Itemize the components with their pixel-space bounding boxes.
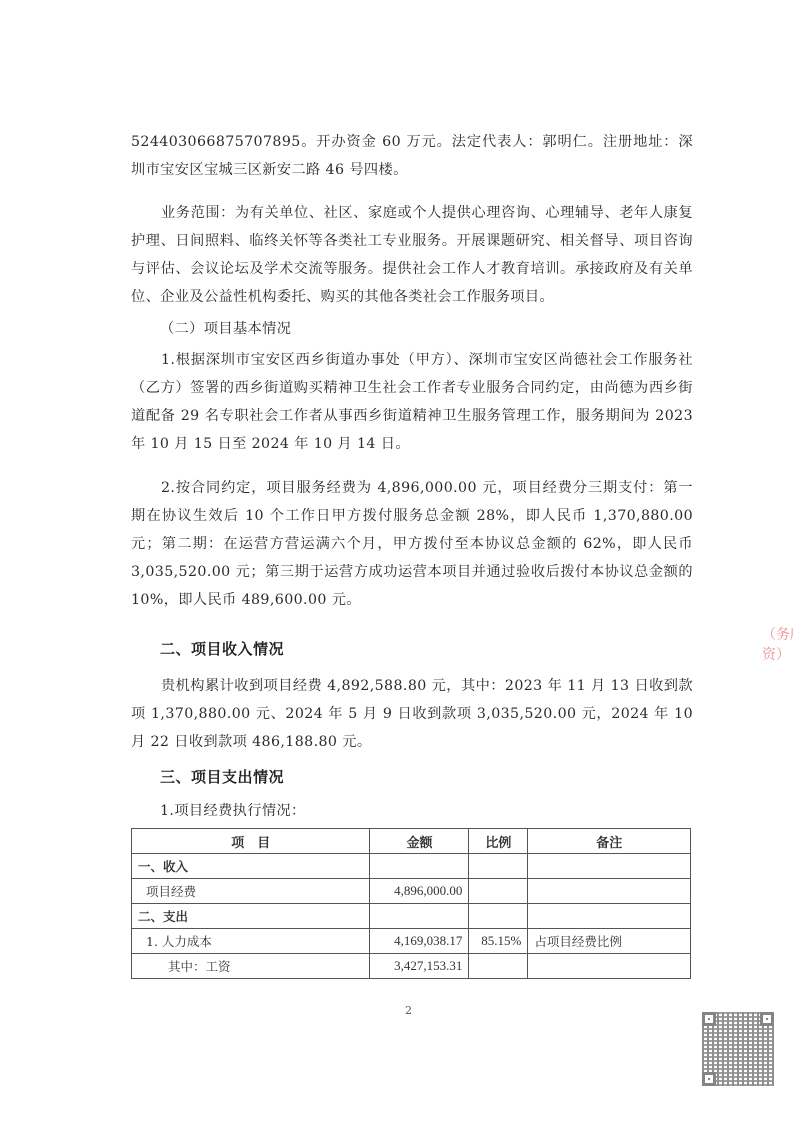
contract-paragraph: 1.根据深圳市宝安区西乡街道办事处（甲方）、深圳市宝安区尚德社会工作服务社（乙方…: [131, 346, 693, 458]
row-item: 二、支出: [132, 904, 370, 929]
table-row: 1. 人力成本 4,169,038.17 85.15% 占项目经费比例: [132, 929, 691, 954]
expenditure-heading: 三、项目支出情况: [160, 766, 284, 787]
row-item: 1. 人力成本: [132, 929, 370, 954]
table-header-row: 项 目 金额 比例 备注: [132, 829, 691, 854]
seal-stamp-fragment: （务所 资）: [762, 625, 793, 680]
row-ratio: [469, 904, 528, 929]
row-note: [528, 879, 691, 904]
page-number: 2: [405, 1004, 412, 1017]
header-ratio: 比例: [469, 829, 528, 854]
table-row: 项目经费 4,896,000.00: [132, 879, 691, 904]
row-item: 其中：工资: [132, 954, 370, 979]
row-amount: 4,896,000.00: [370, 879, 469, 904]
row-note: [528, 904, 691, 929]
row-note: [528, 854, 691, 879]
row-ratio: 85.15%: [469, 929, 528, 954]
qr-finder-icon: [702, 1012, 716, 1026]
row-amount: [370, 904, 469, 929]
table-row: 一、收入: [132, 854, 691, 879]
row-ratio: [469, 879, 528, 904]
qr-finder-icon: [760, 1012, 774, 1026]
row-amount: [370, 854, 469, 879]
row-note: 占项目经费比例: [528, 929, 691, 954]
qr-code-icon: [702, 1012, 774, 1086]
header-note: 备注: [528, 829, 691, 854]
header-amount: 金额: [370, 829, 469, 854]
table-row: 其中：工资 3,427,153.31: [132, 954, 691, 979]
income-paragraph: 贵机构累计收到项目经费 4,892,588.80 元，其中：2023 年 11 …: [131, 672, 693, 756]
table-row: 二、支出: [132, 904, 691, 929]
registration-paragraph: 524403066875707895。开办资金 60 万元。法定代表人：郭明仁。…: [131, 128, 693, 184]
execution-subheading: 1.项目经费执行情况：: [160, 800, 306, 820]
business-scope-paragraph: 业务范围：为有关单位、社区、家庭或个人提供心理咨询、心理辅导、老年人康复护理、日…: [131, 199, 693, 311]
row-amount: 4,169,038.17: [370, 929, 469, 954]
project-basics-subheading: （二）项目基本情况: [160, 318, 291, 338]
row-ratio: [469, 854, 528, 879]
row-item: 一、收入: [132, 854, 370, 879]
payment-terms-paragraph: 2.按合同约定，项目服务经费为 4,896,000.00 元，项目经费分三期支付…: [131, 474, 693, 614]
row-note: [528, 954, 691, 979]
row-ratio: [469, 954, 528, 979]
qr-finder-icon: [702, 1072, 716, 1086]
budget-execution-table: 项 目 金额 比例 备注 一、收入 项目经费 4,896,000.00 二、支出…: [131, 828, 691, 979]
header-item: 项 目: [132, 829, 370, 854]
document-page: 524403066875707895。开办资金 60 万元。法定代表人：郭明仁。…: [0, 0, 793, 1122]
row-amount: 3,427,153.31: [370, 954, 469, 979]
income-heading: 二、项目收入情况: [160, 638, 284, 659]
row-item: 项目经费: [132, 879, 370, 904]
